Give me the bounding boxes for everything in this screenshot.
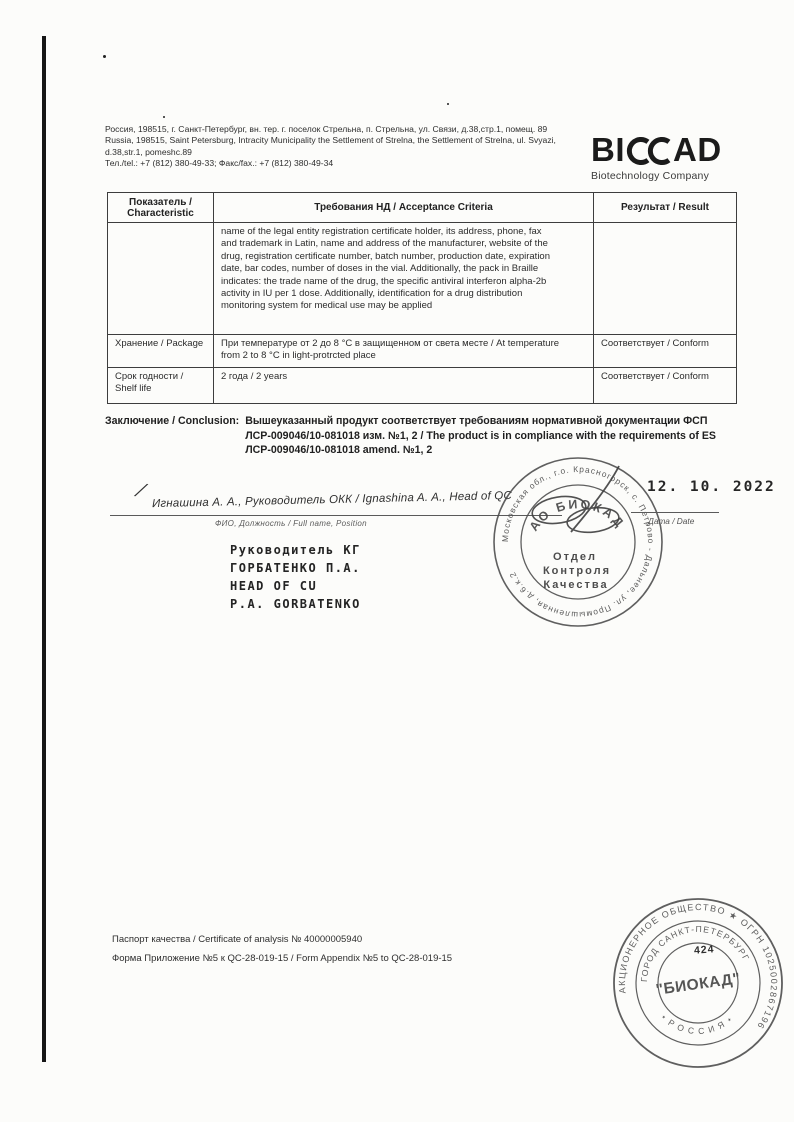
cell-characteristic — [108, 223, 214, 335]
signature-caption: ФИО, Должность / Full name, Position — [215, 519, 367, 528]
qc-stamp-center-line: Отдел — [553, 551, 597, 563]
biocad-wordmark: BI AD — [591, 131, 741, 169]
cell-result: Соответствует / Conform — [594, 335, 737, 368]
biocad-logo: BI AD Biotechnology Company — [591, 131, 741, 182]
scanned-certificate-page: Россия, 198515, г. Санкт-Петербург, вн. … — [0, 0, 794, 1122]
date-caption: Дата / Date — [648, 516, 694, 526]
stamp-line: ГОРБАТЕНКО П.А. — [230, 559, 361, 577]
signature-name-line: Игнашина А. А., Руководитель ОКК / Ignas… — [152, 490, 512, 510]
criteria-text: При температуре от 2 до 8 °С в защищенно… — [221, 338, 566, 363]
qc-stamp-center-line: Качества — [543, 579, 608, 591]
column-header-characteristic: Показатель / Characteristic — [108, 193, 214, 223]
cell-result — [594, 223, 737, 335]
acceptance-criteria-table: Показатель / Characteristic Требования Н… — [107, 192, 737, 404]
qc-stamp-center-line: Контроля — [543, 565, 611, 577]
table-header-row: Показатель / Characteristic Требования Н… — [108, 193, 737, 223]
seal-inner-bottom-text: ⋆ Р О С С И Я ⋆ — [658, 1002, 737, 1042]
biocad-cc-rings-icon — [626, 136, 672, 166]
stamp-line: HEAD OF CU — [230, 577, 361, 595]
stamp-line: Руководитель КГ — [230, 541, 361, 559]
pen-stroke: ∕ — [138, 480, 145, 503]
criteria-text: 2 года / 2 years — [221, 371, 566, 383]
table-row: name of the legal entity registration ce… — [108, 223, 737, 335]
logo-letters-ad: AD — [673, 131, 722, 169]
cell-result: Соответствует / Conform — [594, 368, 737, 404]
scan-speck — [163, 116, 165, 118]
biocad-corporate-seal: АКЦИОНЕРНОЕ ОБЩЕСТВО ★ ОГРН 102500286719… — [606, 893, 790, 1075]
column-header-result: Результат / Result — [594, 193, 737, 223]
cell-characteristic: Хранение / Package — [108, 335, 214, 368]
scan-edge-artifact — [42, 36, 46, 1062]
handwritten-number-mark: 424 — [694, 943, 715, 956]
cell-characteristic: Срок годности / Shelf life — [108, 368, 214, 404]
svg-text:Московская обл., г.о. Красног: Московская обл., г.о. Красногорск, с. Пе… — [500, 464, 656, 620]
head-of-cu-stamp: Руководитель КГ ГОРБАТЕНКО П.А. HEAD OF … — [230, 541, 361, 613]
company-address-block: Россия, 198515, г. Санкт-Петербург, вн. … — [105, 124, 587, 169]
stamp-line: P.A. GORBATENKO — [230, 595, 361, 613]
column-header-criteria: Требования НД / Acceptance Criteria — [214, 193, 594, 223]
svg-text:⋆ Р О С С И Я ⋆: ⋆ Р О С С И Я ⋆ — [658, 1002, 737, 1042]
phone-fax-line: Тел./tel.: +7 (812) 380-49-33; Факс/fax.… — [105, 158, 587, 169]
table-row: Хранение / Package При температуре от 2 … — [108, 335, 737, 368]
conclusion-label: Заключение / Conclusion: — [105, 414, 239, 458]
form-reference-line: Форма Приложение №5 к QC-28-019-15 / For… — [112, 949, 452, 968]
date-stamp: 12. 10. 2022 — [647, 479, 776, 495]
scan-speck — [447, 103, 449, 105]
logo-tagline: Biotechnology Company — [591, 170, 741, 182]
table-row: Срок годности / Shelf life 2 года / 2 ye… — [108, 368, 737, 404]
certificate-number-line: Паспорт качества / Certificate of analys… — [112, 930, 452, 949]
address-english: Russia, 198515, Saint Petersburg, Intrac… — [105, 135, 587, 158]
quality-control-round-stamp: Московская обл., г.о. Красногорск, с. Пе… — [487, 452, 669, 632]
qc-stamp-ring-text: Московская обл., г.о. Красногорск, с. Пе… — [500, 464, 656, 620]
scan-speck — [103, 55, 106, 58]
criteria-text: name of the legal entity registration ce… — [221, 226, 553, 313]
cell-criteria: При температуре от 2 до 8 °С в защищенно… — [214, 335, 594, 368]
logo-letters-bi: BI — [591, 131, 625, 169]
date-line — [631, 512, 719, 513]
cell-criteria: name of the legal entity registration ce… — [214, 223, 594, 335]
footer-block: Паспорт качества / Certificate of analys… — [112, 930, 452, 968]
cell-criteria: 2 года / 2 years — [214, 368, 594, 404]
address-russian: Россия, 198515, г. Санкт-Петербург, вн. … — [105, 124, 587, 135]
seal-center-text: "БИОКАД" — [655, 970, 742, 999]
